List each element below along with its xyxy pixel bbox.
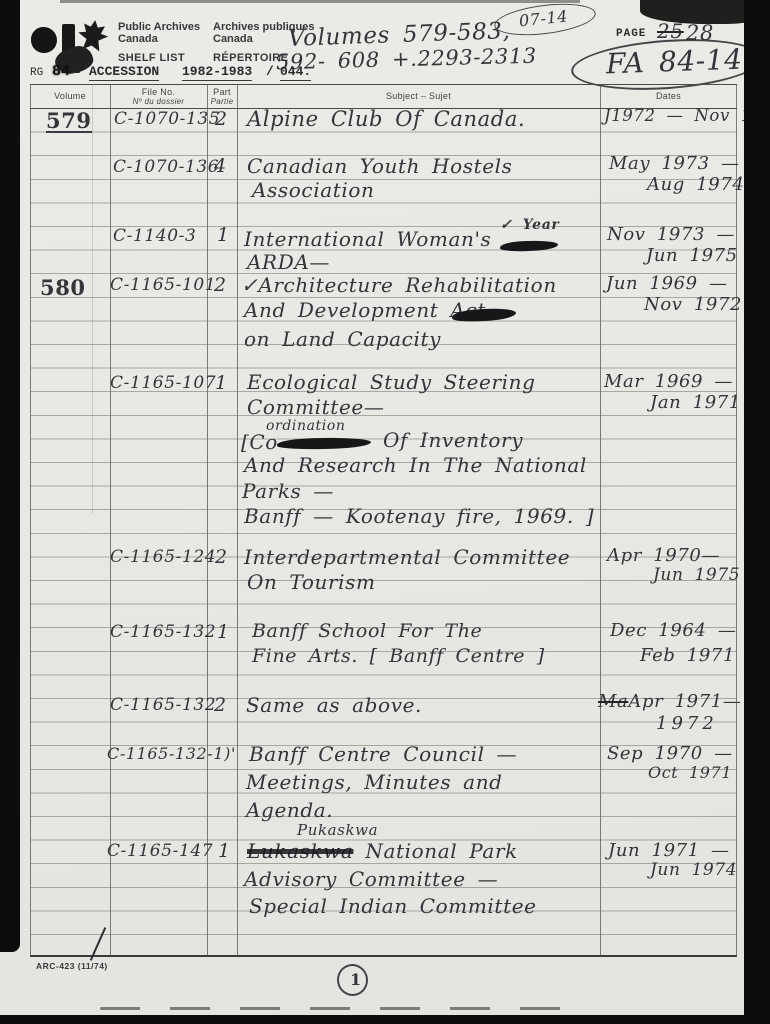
org-name-en: Public Archives: [118, 21, 200, 33]
fold-crease: [92, 84, 93, 514]
subject-line: ✓Architecture Rehabilitation: [241, 275, 557, 295]
fa-reference-text: FA 84-14: [606, 46, 744, 79]
subject-line: Lukaskwa National Park: [247, 841, 518, 861]
dates-line: Sep 1970 —: [607, 745, 733, 763]
file-no-value: C-1165-107: [110, 375, 216, 392]
accession-label: ACCESSION: [89, 64, 159, 81]
file-no-value: C-1165-132-1)': [107, 746, 236, 762]
subject-line: Alpine Club Of Canada.: [247, 109, 525, 130]
volume-value: 579: [46, 110, 92, 133]
dates-line: Jun 1971 —: [608, 842, 730, 860]
subject-line: Banff School For The: [252, 622, 482, 641]
column-header-part-fr-text: Partie: [211, 97, 234, 106]
column-header-fileno-fr: Nº du dossier: [110, 96, 207, 106]
dates-line: Jun 1969 —: [606, 275, 728, 293]
rg-label: RG: [30, 67, 43, 79]
part-value: 2: [214, 276, 227, 295]
org-name-en-2: Canada: [118, 33, 158, 45]
column-header-fileno-fr-text: Nº du dossier: [133, 97, 185, 106]
dates-line: MaApr 1971—: [598, 693, 741, 711]
file-no-value: C-1070-136: [113, 159, 219, 176]
dates-line: Nov 1972: [644, 296, 742, 314]
file-no-value: C-1165-101: [110, 277, 216, 294]
file-no-value: C-1140-3: [113, 228, 196, 245]
dates-line: Feb 1971: [640, 647, 735, 665]
subject-text: National Park: [365, 839, 517, 863]
page-number-circled-text: 1: [350, 972, 362, 988]
subject-line: Canadian Youth Hostels: [247, 156, 513, 176]
dates-line: Aug 1974: [647, 176, 744, 194]
page-label: PAGE: [616, 28, 646, 40]
file-no-value: C-1165-124: [110, 549, 216, 566]
dates-line: Oct 1971: [648, 765, 732, 781]
dates-line: Apr 1970—: [607, 547, 720, 565]
page-number-old: 25: [657, 21, 684, 41]
subject-line: on Land Capacity: [244, 329, 441, 349]
column-header-part-fr: Partie: [207, 96, 237, 106]
file-no-value: C-1165-132: [110, 697, 216, 714]
dates-line: Jun 1975: [646, 247, 738, 265]
subject-line: Special Indian Committee: [249, 896, 537, 916]
subject-line: Agenda.: [246, 800, 333, 820]
subject-line: Meetings, Minutes and: [246, 772, 503, 792]
table-top-border: [30, 84, 737, 85]
archives-logo-icon: [31, 27, 57, 53]
volume-value: 580: [40, 277, 86, 298]
part-value: 2: [215, 110, 228, 129]
scan-edge-bottom: [0, 1015, 770, 1024]
subject-line: Of Inventory: [383, 430, 523, 450]
dates-line: Nov 1973 —: [607, 226, 735, 244]
subject-line: Committee—: [247, 397, 384, 417]
subject-line: Ecological Study Steering: [247, 372, 536, 392]
subject-line: Same as above.: [246, 695, 422, 715]
scan-bottom-smudge: [100, 1007, 580, 1010]
subject-line: [Co: [241, 432, 278, 452]
form-code: ARC-423 (11/74): [36, 961, 108, 971]
volumes-note-2: 592- 608 +.2293-2313: [276, 46, 537, 74]
part-value: 1: [218, 842, 231, 861]
file-no-value: C-1165-147: [107, 843, 213, 860]
scanned-page: Public Archives Canada Archives publique…: [0, 0, 770, 1024]
subject-line: On Tourism: [247, 572, 376, 592]
inserted-word: ✓ Year: [500, 218, 559, 232]
subject-line: And Development Act: [244, 300, 486, 320]
subject-line: Association: [252, 180, 375, 200]
scan-top-edge-shadow: [60, 0, 580, 3]
subject-line: Interdepartmental Committee: [244, 547, 570, 567]
accession-slash: /: [266, 64, 274, 79]
org-name-fr-2: Canada: [213, 33, 253, 45]
column-header-subject: Subject – Sujet: [237, 91, 600, 101]
subject-line: And Research In The National: [244, 455, 587, 475]
column-header-volume: Volume: [30, 91, 110, 101]
file-no-value: C-1165-132: [110, 624, 216, 641]
dates-line: 1972: [656, 715, 718, 733]
part-value: 2: [214, 696, 227, 715]
dates-line: Dec 1964 —: [610, 622, 736, 640]
part-value: 4: [214, 157, 227, 176]
column-header-dates: Dates: [600, 91, 737, 101]
part-value: 1: [217, 623, 230, 642]
struck-word: Lukaskwa: [247, 839, 353, 863]
part-value: 1: [215, 374, 228, 393]
scan-edge-right: [744, 0, 770, 1024]
subject-line: Banff — Kootenay fire, 1969. ]: [244, 506, 594, 526]
accession-number: 044.: [280, 64, 311, 81]
subject-line: Banff Centre Council —: [249, 744, 517, 764]
inserted-word: Pukaskwa: [297, 823, 378, 838]
dates-line: May 1973 —: [609, 155, 740, 173]
table-bottom-border: [30, 955, 737, 957]
subject-line: Advisory Committee —: [244, 869, 498, 889]
subject-line: Fine Arts. [ Banff Centre ]: [252, 647, 545, 666]
subject-line: Parks —: [242, 481, 334, 501]
part-value: 1: [217, 226, 230, 245]
part-value: 2: [215, 548, 228, 567]
subject-line: International Woman's: [244, 229, 491, 249]
form-title-en: SHELF LIST: [118, 52, 185, 64]
dates-line: Mar 1969 —: [604, 373, 733, 391]
dates-line: Jun 1974: [650, 862, 737, 879]
scan-edge-left: [0, 0, 20, 952]
rg-number: 84: [52, 63, 70, 80]
struck-date-prefix: Ma: [598, 691, 628, 712]
subject-line: ARDA—: [247, 252, 330, 272]
rg-dash: —: [72, 65, 80, 80]
dates-line: Jan 1971: [650, 394, 741, 412]
dates-text: Apr 1971—: [628, 691, 741, 712]
file-no-value: C-1070-135: [114, 111, 220, 128]
accession-years: 1982-1983: [182, 64, 252, 81]
dates-line: Jun 1975: [653, 567, 740, 584]
